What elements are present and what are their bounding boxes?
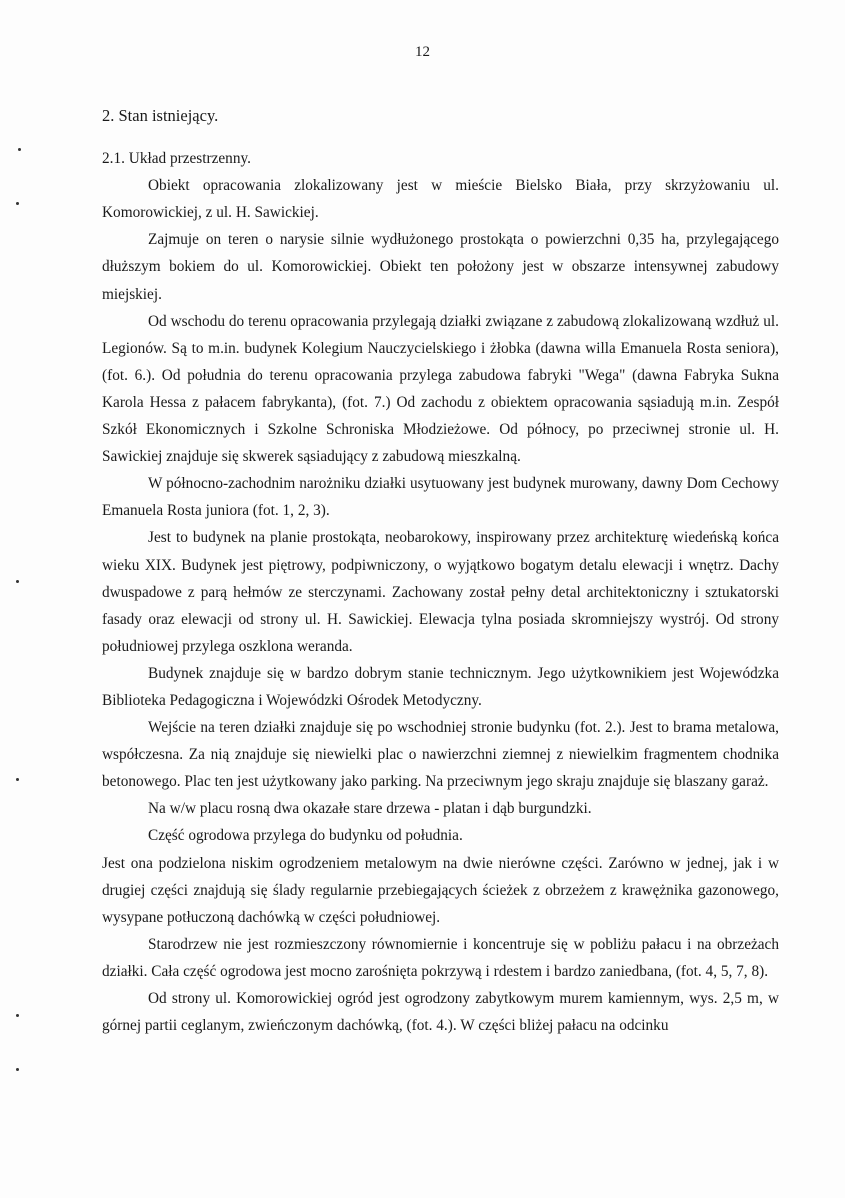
section-heading: 2. Stan istniejący.	[102, 102, 779, 129]
paragraph: Obiekt opracowania zlokalizowany jest w …	[102, 172, 779, 226]
paragraph: Budynek znajduje się w bardzo dobrym sta…	[102, 660, 779, 714]
scan-speck	[16, 1068, 19, 1071]
paragraph: Od wschodu do terenu opracowania przyleg…	[102, 308, 779, 471]
paragraph: Jest to budynek na planie prostokąta, ne…	[102, 524, 779, 659]
paragraph: Wejście na teren działki znajduje się po…	[102, 714, 779, 795]
paragraph: Jest ona podzielona niskim ogrodzeniem m…	[102, 850, 779, 931]
scan-speck	[16, 778, 19, 781]
paragraph: Od strony ul. Komorowickiej ogród jest o…	[102, 985, 779, 1039]
scan-speck	[18, 148, 21, 151]
scan-speck	[16, 580, 19, 583]
document-body: 2. Stan istniejący. 2.1. Układ przestrze…	[102, 102, 779, 1039]
paragraph: W północno-zachodnim narożniku działki u…	[102, 470, 779, 524]
paragraph: Na w/w placu rosną dwa okazałe stare drz…	[102, 795, 779, 822]
page-number: 12	[0, 44, 845, 61]
paragraph: Starodrzew nie jest rozmieszczony równom…	[102, 931, 779, 985]
scan-speck	[16, 202, 19, 205]
paragraph: Część ogrodowa przylega do budynku od po…	[102, 822, 779, 849]
subsection-heading: 2.1. Układ przestrzenny.	[102, 145, 779, 172]
scan-speck	[16, 1014, 19, 1017]
paragraph: Zajmuje on teren o narysie silnie wydłuż…	[102, 226, 779, 307]
